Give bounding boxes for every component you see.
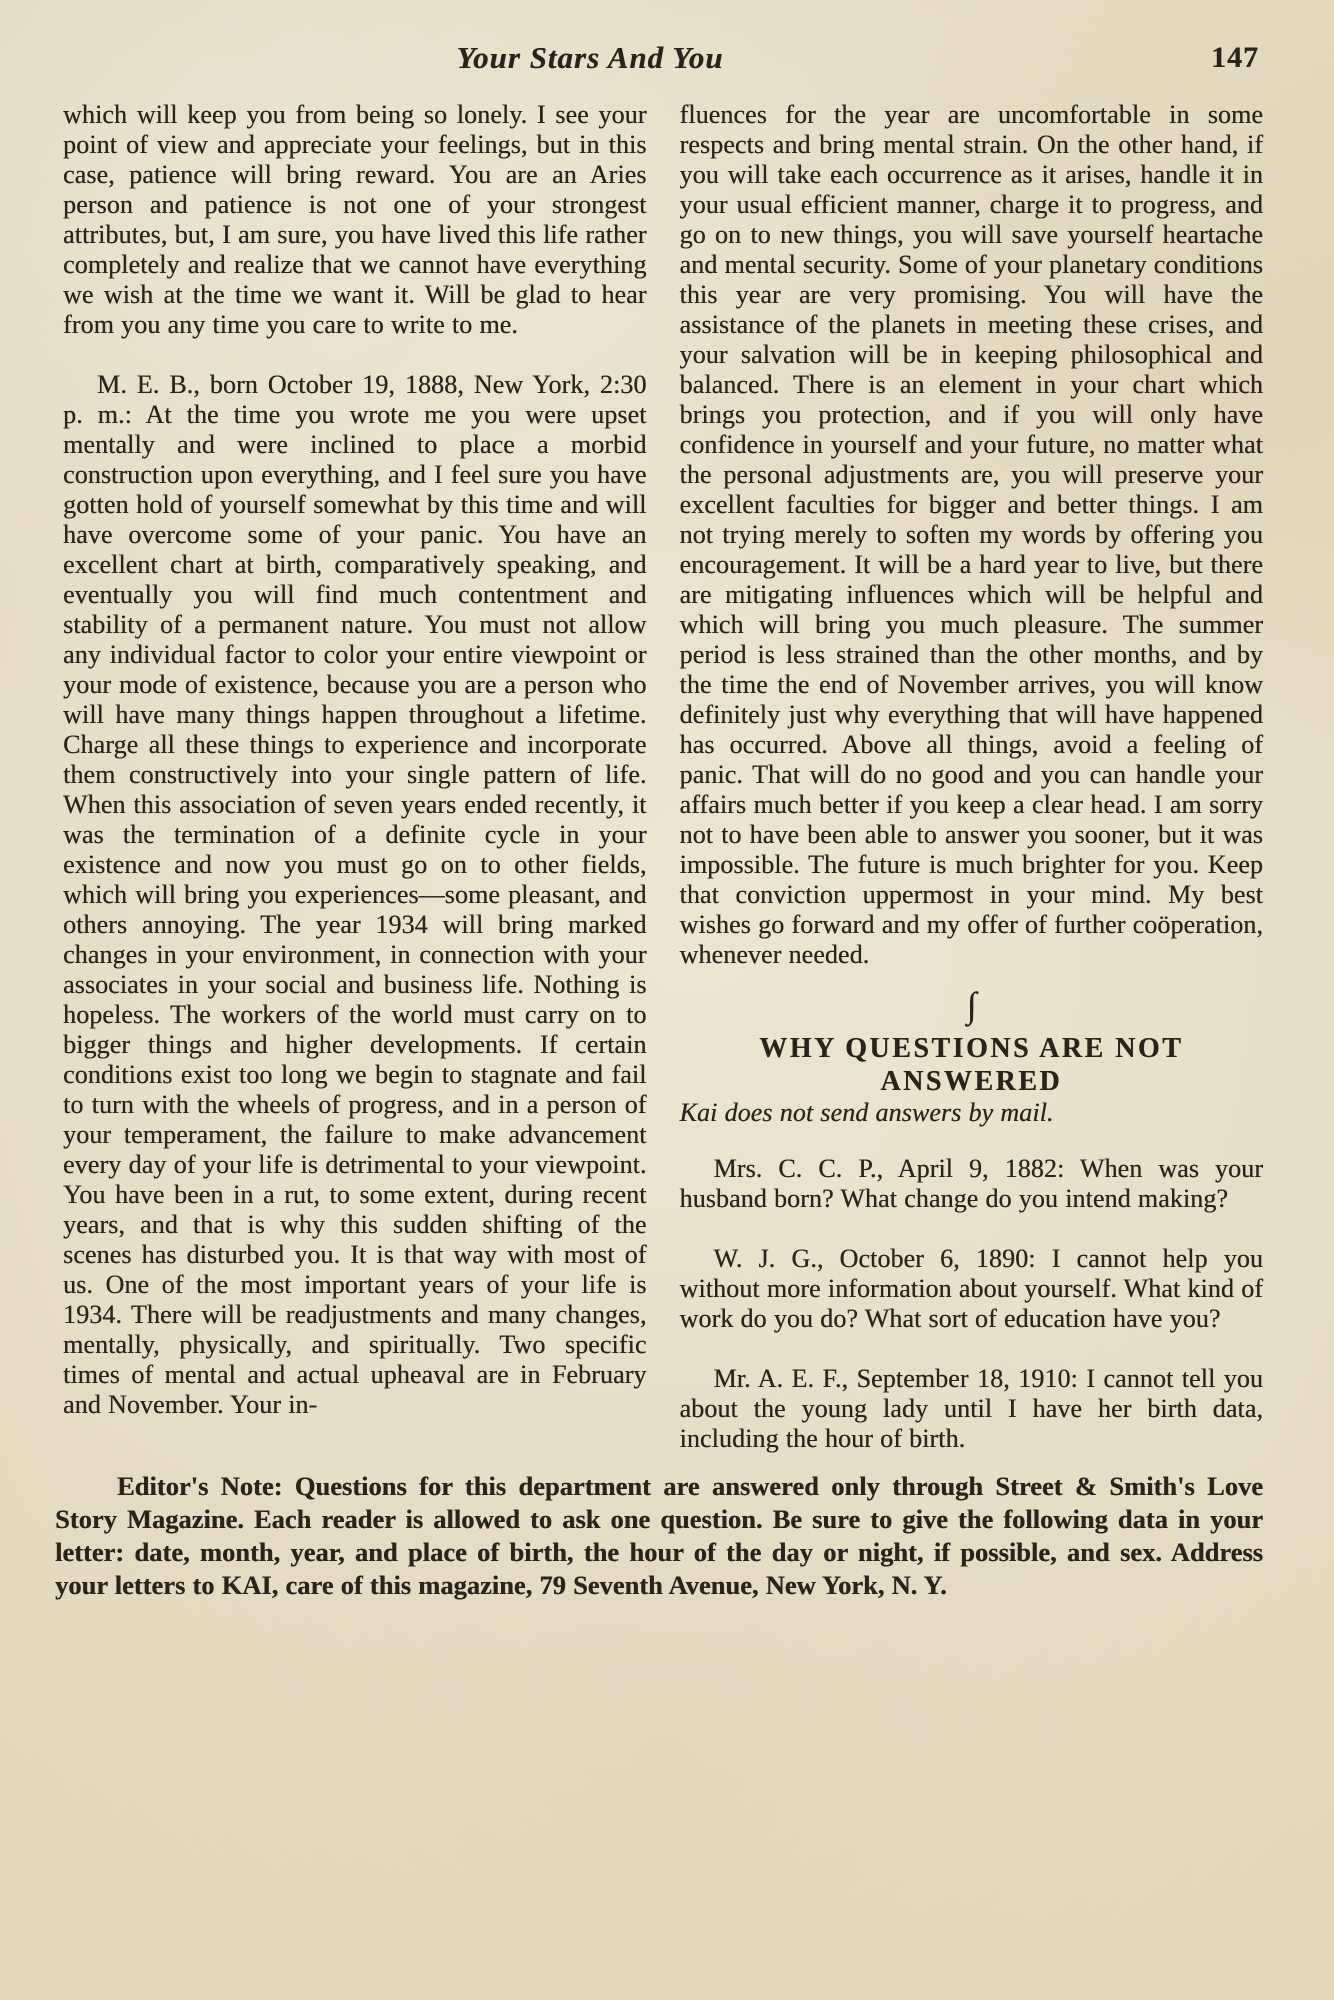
text-columns: which will keep you from being so lonely… [63,100,1263,1454]
paragraph: M. E. B., born October 19, 1888, New Yor… [63,370,647,1420]
section-divider-icon: ∫ [680,986,1264,1024]
section-heading: WHY QUESTIONS ARE NOT ANSWERED [731,1032,1211,1098]
paragraph: which will keep you from being so lonely… [63,100,647,340]
question-paragraph: Mrs. C. C. P., April 9, 1882: When was y… [680,1154,1264,1214]
page-title: Your Stars And You [457,40,724,76]
question-paragraph: Mr. A. E. F., September 18, 1910: I cann… [680,1364,1264,1454]
page-header: Your Stars And You 147 [63,40,1263,86]
right-column: fluences for the year are uncomfortable … [680,100,1264,1454]
left-column: which will keep you from being so lonely… [63,100,647,1454]
questions-list: Mrs. C. C. P., April 9, 1882: When was y… [680,1154,1264,1454]
editors-note: Editor's Note: Questions for this depart… [55,1470,1263,1602]
question-paragraph: W. J. G., October 6, 1890: I cannot help… [680,1244,1264,1334]
page-number: 147 [1211,41,1259,75]
paragraph: fluences for the year are uncomfortable … [680,100,1264,970]
magazine-page: Your Stars And You 147 which will keep y… [0,0,1334,2000]
section-tagline: Kai does not send answers by mail. [680,1098,1264,1128]
